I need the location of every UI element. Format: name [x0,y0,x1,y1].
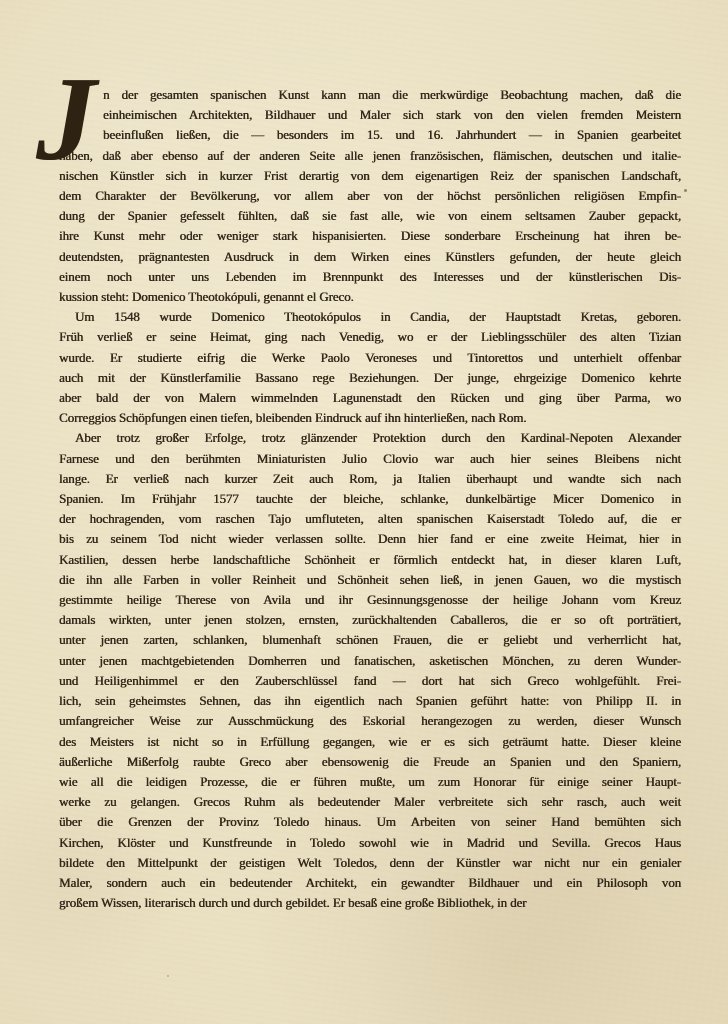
text-line: werke zu gelangen. Grecos Ruhm als bedeu… [59,792,681,812]
text-line: äußerliche Mißerfolg raubte Greco aber e… [59,752,681,772]
book-page: J n der gesamten spanischen Kunst kann m… [0,0,728,1024]
text-line: Kirchen, Klöster und Kunstfreunde in Tol… [59,833,681,853]
text-line: einem noch unter uns Lebenden im Brennpu… [59,267,681,287]
text-line: kussion steht: Domenico Theotokópuli, ge… [59,287,681,307]
text-line: wurde. Er studierte eifrig die Werke Pao… [59,348,681,368]
text-line: auch mit der Künstlerfamilie Bassano reg… [59,368,681,388]
text-line: damals wirkten, unter jenen stolzen, ern… [59,610,681,630]
text-line: Farnese und den berühmten Miniaturisten … [59,449,681,469]
text-line: Um 1548 wurde Domenico Theotokópulos in … [59,307,681,327]
text-line: unter jenen machtgebietenden Domherren u… [59,651,681,671]
text-line: nischen Künstler sich in kurzer Frist de… [59,166,681,186]
text-line: lange. Er verließ nach kurzer Zeit auch … [59,469,681,489]
text-line: umfangreicher Weise zur Ausschmückung de… [59,711,681,731]
text-line: beeinflußen ließen, die — besonders im 1… [59,125,681,145]
text-line: wie all die leidigen Prozesse, die er fü… [59,772,681,792]
paper-speck [167,975,169,977]
text-line: dem Charakter der Bevölkerung, vor allem… [59,186,681,206]
text-line: lich, sein geheimstes Sehnen, das ihn ei… [59,691,681,711]
text-block: J n der gesamten spanischen Kunst kann m… [59,85,681,913]
text-line: Aber trotz großer Erfolge, trotz glänzen… [59,428,681,448]
drop-cap-initial: J [36,59,96,179]
text-line: großem Wissen, literarisch durch und dur… [59,893,681,913]
text-line: einheimischen Architekten, Bildhauer und… [59,105,681,125]
text-line: haben, daß aber ebenso auf der anderen S… [59,146,681,166]
text-line: ihre Kunst mehr oder weniger stark hispa… [59,226,681,246]
text-line: des Meisters ist nicht so in Erfüllung g… [59,732,681,752]
text-line: bis zu seinem Tod nicht wieder verlassen… [59,529,681,549]
text-line: aber bald der von Malern wimmelnden Lagu… [59,388,681,408]
text-line: deutendsten, prägnantesten Ausdruck in d… [59,247,681,267]
text-line: über die Grenzen der Provinz Toledo hina… [59,812,681,832]
text-line: Spanien. Im Frühjahr 1577 tauchte der bl… [59,489,681,509]
text-line: der hochragenden, vom raschen Tajo umflu… [59,509,681,529]
text-line: die ihn alle Farben in voller Reinheit u… [59,570,681,590]
text-line: unter jenen zarten, schlanken, blumenhaf… [59,630,681,650]
text-line: gestimmte heilige Therese von Avila und … [59,590,681,610]
text-line: dung der Spanier gefesselt fühlten, daß … [59,206,681,226]
text-line: n der gesamten spanischen Kunst kann man… [59,85,681,105]
text-line: bildete den Mittelpunkt der geistigen We… [59,853,681,873]
text-line: Maler, sondern auch ein bedeutender Arch… [59,873,681,893]
text-line: Kastilien, dessen herbe landschaftliche … [59,550,681,570]
paper-speck [684,189,687,192]
text-line: Correggios Schöpfungen einen tiefen, ble… [59,408,681,428]
text-line: Früh verließ er seine Heimat, ging nach … [59,327,681,347]
text-line: und Heiligenhimmel er den Zauberschlüsse… [59,671,681,691]
